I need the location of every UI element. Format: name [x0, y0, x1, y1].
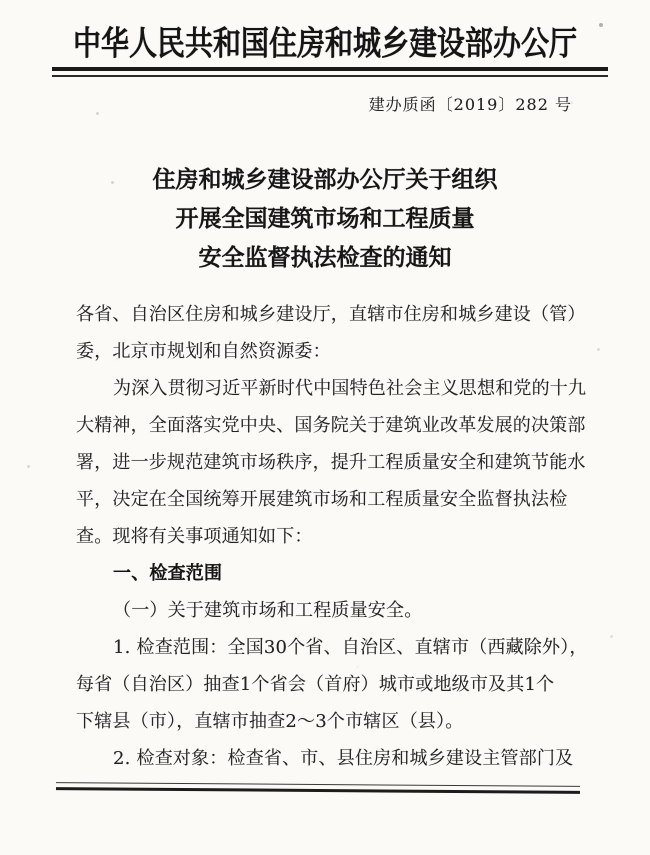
- list-item-line: 每省（自治区）抽查1个省会（首府）城市或地级市及其1个: [76, 666, 576, 703]
- document-number: 建办质函〔2019〕282 号: [369, 92, 572, 115]
- list-item-line: 1. 检查范围：全国30个省、自治区、直辖市（西藏除外），: [76, 629, 576, 666]
- paragraph-line: 为深入贯彻习近平新时代中国特色社会主义思想和党的十九: [76, 370, 576, 407]
- paragraph-line: 署，进一步规范建筑市场秩序，提升工程质量安全和建筑节能水: [76, 444, 576, 481]
- letterhead-org-name: 中华人民共和国住房和城乡建设部办公厅: [0, 18, 650, 65]
- paragraph-line: 大精神，全面落实党中央、国务院关于建筑业改革发展的决策部: [76, 407, 576, 444]
- document-title-line-3: 安全监督执法检查的通知: [0, 238, 650, 277]
- paragraph-line: 平，决定在全国统筹开展建筑市场和工程质量安全监督执法检: [76, 481, 576, 518]
- document-title-line-1: 住房和城乡建设部办公厅关于组织: [0, 160, 650, 199]
- scan-speckle: [599, 23, 603, 27]
- section-heading: 一、检查范围: [76, 555, 576, 592]
- scan-speckle: [96, 112, 99, 115]
- scan-speckle: [27, 465, 30, 468]
- document-title: 住房和城乡建设部办公厅关于组织 开展全国建筑市场和工程质量 安全监督执法检查的通…: [0, 160, 650, 277]
- list-item-line: 下辖县（市），直辖市抽查2～3个市辖区（县）。: [76, 703, 576, 740]
- footer-divider-rule: [56, 782, 580, 794]
- scan-speckle: [597, 348, 600, 351]
- scan-speckle: [111, 181, 114, 184]
- salutation-line: 委，北京市规划和自然资源委：: [76, 333, 576, 370]
- subsection-heading: （一）关于建筑市场和工程质量安全。: [76, 592, 576, 629]
- document-body: 各省、自治区住房和城乡建设厅，直辖市住房和城乡建设（管） 委，北京市规划和自然资…: [76, 296, 576, 777]
- scanned-document-page: 中华人民共和国住房和城乡建设部办公厅 建办质函〔2019〕282 号 住房和城乡…: [0, 0, 650, 855]
- paragraph-line: 查。现将有关事项通知如下：: [76, 518, 576, 555]
- letterhead-divider-rule: [52, 67, 608, 77]
- salutation-line: 各省、自治区住房和城乡建设厅，直辖市住房和城乡建设（管）: [76, 296, 576, 333]
- scan-speckle: [610, 635, 613, 638]
- document-title-line-2: 开展全国建筑市场和工程质量: [0, 199, 650, 238]
- list-item-line: 2. 检查对象：检查省、市、县住房和城乡建设主管部门及: [76, 740, 576, 777]
